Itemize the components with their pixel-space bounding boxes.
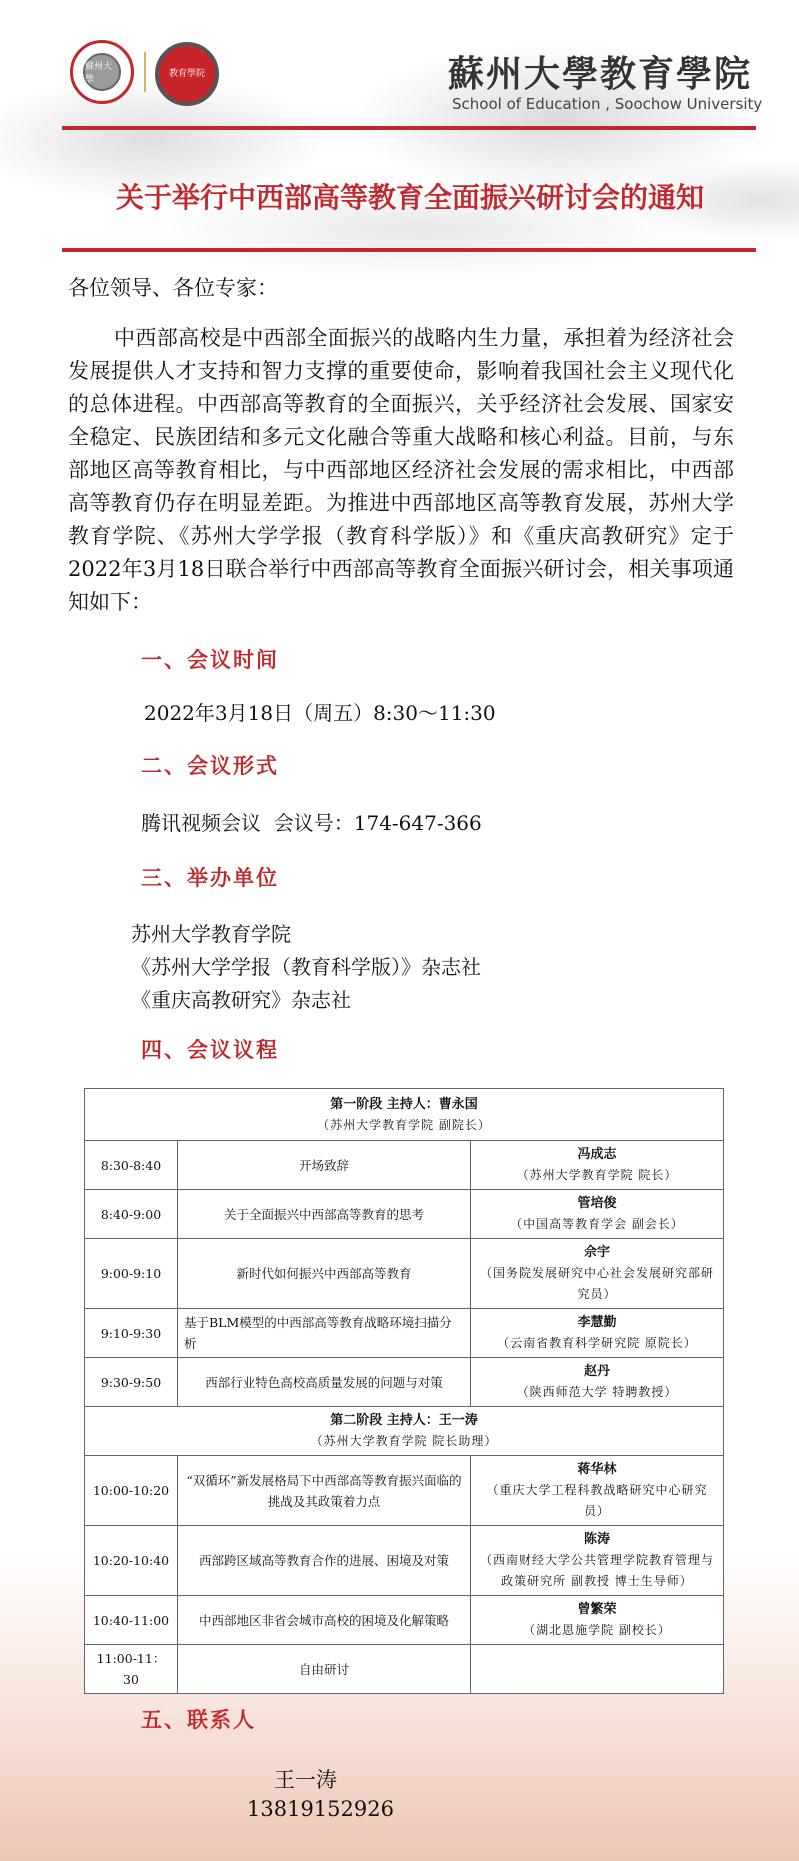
table-row: 10:00-10:20 “双循环”新发展格局下中西部高等教育振兴面临的挑战及其政… — [85, 1456, 724, 1526]
topic-cell: 开场致辞 — [178, 1141, 471, 1190]
speaker-affiliation: （中国高等教育学会 副会长） — [477, 1214, 717, 1235]
table-row: 9:10-9:30 基于BLM模型的中西部高等教育战略环境扫描分析 李慧勤 （云… — [85, 1309, 724, 1358]
organizer-item: 苏州大学教育学院 — [131, 918, 481, 951]
phase-header: 第二阶段 主持人：王一涛 （苏州大学教育学院 院长助理） — [85, 1407, 724, 1456]
speaker-affiliation: （云南省教育科学研究院 原院长） — [477, 1333, 717, 1354]
speaker-cell: 曾繁荣 （湖北恩施学院 副校长） — [471, 1596, 724, 1645]
speaker-cell: 赵丹 （陕西师范大学 特聘教授） — [471, 1358, 724, 1407]
speaker-cell: 冯成志 （苏州大学教育学院 院长） — [471, 1141, 724, 1190]
phase-title: 第一阶段 主持人：曹永国 — [91, 1094, 717, 1115]
salutation: 各位领导、各位专家： — [68, 272, 278, 302]
time-cell: 10:40-11:00 — [85, 1596, 178, 1645]
table-row: 9:00-9:10 新时代如何振兴中西部高等教育 佘宇 （国务院发展研究中心社会… — [85, 1239, 724, 1309]
meeting-time: 2022年3月18日（周五）8:30～11:30 — [144, 697, 496, 726]
topic-cell: 关于全面振兴中西部高等教育的思考 — [178, 1190, 471, 1239]
topic-cell: 中西部地区非省会城市高校的困境及化解策略 — [178, 1596, 471, 1645]
speaker-cell: 李慧勤 （云南省教育科学研究院 原院长） — [471, 1309, 724, 1358]
table-row: 10:40-11:00 中西部地区非省会城市高校的困境及化解策略 曾繁荣 （湖北… — [85, 1596, 724, 1645]
section-heading-format: 二、会议形式 — [141, 750, 279, 780]
header-divider — [62, 126, 756, 130]
table-row: 11:00-11：30 自由研讨 — [85, 1645, 724, 1694]
soochow-university-logo: 蘇州大學 — [70, 40, 134, 104]
contact-phone[interactable]: 13819152926 — [247, 1797, 394, 1821]
school-of-education-logo: 教育學院 — [155, 42, 219, 106]
brand-name-english: School of Education , Soochow University — [452, 95, 762, 113]
section-heading-organizers: 三、举办单位 — [141, 862, 279, 892]
organizer-item: 《重庆高教研究》杂志社 — [131, 984, 481, 1017]
time-cell: 10:20-10:40 — [85, 1526, 178, 1596]
logo-divider — [144, 52, 146, 92]
table-row: 9:30-9:50 西部行业特色高校高质量发展的问题与对策 赵丹 （陕西师范大学… — [85, 1358, 724, 1407]
speaker-cell: 陈涛 （西南财经大学公共管理学院教育管理与政策研究所 副教授 博士生导师） — [471, 1526, 724, 1596]
section-heading-time: 一、会议时间 — [141, 644, 279, 674]
speaker-affiliation: （重庆大学工程科教战略研究中心研究员） — [477, 1480, 717, 1522]
logo-seal-icon: 教育學院 — [169, 68, 205, 80]
table-row: 8:40-9:00 关于全面振兴中西部高等教育的思考 管培俊 （中国高等教育学会… — [85, 1190, 724, 1239]
topic-cell: 自由研讨 — [178, 1645, 471, 1694]
phase-header: 第一阶段 主持人：曹永国 （苏州大学教育学院 副院长） — [85, 1089, 724, 1141]
time-cell: 10:00-10:20 — [85, 1456, 178, 1526]
speaker-affiliation: （西南财经大学公共管理学院教育管理与政策研究所 副教授 博士生导师） — [477, 1550, 717, 1592]
speaker-name: 佘宇 — [477, 1242, 717, 1263]
speaker-cell: 蒋华林 （重庆大学工程科教战略研究中心研究员） — [471, 1456, 724, 1526]
speaker-cell: 佘宇 （国务院发展研究中心社会发展研究部研究员） — [471, 1239, 724, 1309]
time-cell: 8:40-9:00 — [85, 1190, 178, 1239]
speaker-affiliation: （陕西师范大学 特聘教授） — [477, 1382, 717, 1403]
speaker-cell: 管培俊 （中国高等教育学会 副会长） — [471, 1190, 724, 1239]
title-divider — [62, 248, 756, 252]
topic-cell: 西部行业特色高校高质量发展的问题与对策 — [178, 1358, 471, 1407]
organizer-item: 《苏州大学学报（教育科学版）》杂志社 — [131, 951, 481, 984]
phase-row: 第一阶段 主持人：曹永国 （苏州大学教育学院 副院长） — [85, 1089, 724, 1141]
agenda-table: 第一阶段 主持人：曹永国 （苏州大学教育学院 副院长） 8:30-8:40 开场… — [84, 1088, 724, 1694]
table-row: 10:20-10:40 西部跨区域高等教育合作的进展、困境及对策 陈涛 （西南财… — [85, 1526, 724, 1596]
speaker-affiliation: （苏州大学教育学院 院长） — [477, 1165, 717, 1186]
meeting-format: 腾讯视频会议 会议号：174-647-366 — [141, 807, 482, 836]
speaker-name: 管培俊 — [477, 1193, 717, 1214]
speaker-cell — [471, 1645, 724, 1694]
speaker-name: 蒋华林 — [477, 1459, 717, 1480]
phase-title: 第二阶段 主持人：王一涛 — [91, 1410, 717, 1431]
brand-name-chinese: 蘇州大學教育學院 — [448, 46, 752, 97]
intro-paragraph: 中西部高校是中西部全面振兴的战略内生力量，承担着为经济社会发展提供人才支持和智力… — [68, 322, 734, 619]
section-heading-contact: 五、联系人 — [141, 1704, 256, 1734]
speaker-affiliation: （国务院发展研究中心社会发展研究部研究员） — [477, 1263, 717, 1305]
speaker-name: 赵丹 — [477, 1361, 717, 1382]
organizer-list: 苏州大学教育学院 《苏州大学学报（教育科学版）》杂志社 《重庆高教研究》杂志社 — [131, 918, 481, 1017]
topic-cell: 西部跨区域高等教育合作的进展、困境及对策 — [178, 1526, 471, 1596]
topic-cell: 基于BLM模型的中西部高等教育战略环境扫描分析 — [178, 1309, 471, 1358]
speaker-name: 曾繁荣 — [477, 1599, 717, 1620]
contact-name: 王一涛 — [274, 1764, 337, 1794]
notice-title: 关于举行中西部高等教育全面振兴研讨会的通知 — [60, 176, 760, 216]
section-heading-agenda: 四、会议议程 — [141, 1034, 279, 1064]
time-cell: 9:10-9:30 — [85, 1309, 178, 1358]
logo-seal-icon: 蘇州大學 — [83, 53, 121, 91]
time-cell: 9:00-9:10 — [85, 1239, 178, 1309]
speaker-name: 冯成志 — [477, 1144, 717, 1165]
topic-cell: “双循环”新发展格局下中西部高等教育振兴面临的挑战及其政策着力点 — [178, 1456, 471, 1526]
speaker-name: 陈涛 — [477, 1529, 717, 1550]
time-cell: 8:30-8:40 — [85, 1141, 178, 1190]
speaker-affiliation: （湖北恩施学院 副校长） — [477, 1620, 717, 1641]
time-cell: 11:00-11：30 — [85, 1645, 178, 1694]
phase-host-affiliation: （苏州大学教育学院 副院长） — [91, 1115, 717, 1136]
phase-host-affiliation: （苏州大学教育学院 院长助理） — [91, 1431, 717, 1452]
topic-cell: 新时代如何振兴中西部高等教育 — [178, 1239, 471, 1309]
speaker-name: 李慧勤 — [477, 1312, 717, 1333]
time-cell: 9:30-9:50 — [85, 1358, 178, 1407]
table-row: 8:30-8:40 开场致辞 冯成志 （苏州大学教育学院 院长） — [85, 1141, 724, 1190]
phase-row: 第二阶段 主持人：王一涛 （苏州大学教育学院 院长助理） — [85, 1407, 724, 1456]
